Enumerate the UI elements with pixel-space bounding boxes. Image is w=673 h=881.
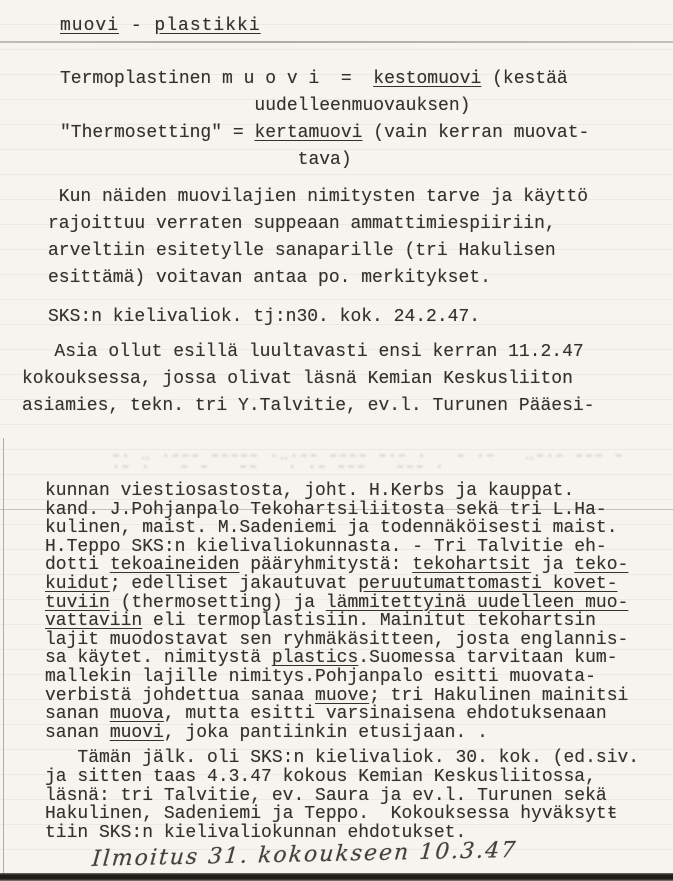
text-run: kokouksessa, jossa olivat läsnä Kemian K… xyxy=(22,369,573,389)
scanned-document-page: muovi - plastikki Termoplastinen m u o v… xyxy=(0,0,673,881)
paragraph: Kun näiden muovilajien nimitysten tarve … xyxy=(48,184,673,292)
typed-line: verbistä johdettua sanaa muove; tri Haku… xyxy=(45,687,673,706)
typed-line: uudelleenmuovauksen) xyxy=(60,93,673,120)
typed-line: kand. J.Pohjanpalo Tekohartsiliitosta se… xyxy=(45,501,673,520)
underlined-term: muove xyxy=(315,686,369,706)
typed-line: mallekin lajille nimitys.Pohjanpalo esit… xyxy=(45,668,673,687)
text-run: Kun näiden muovilajien nimitysten tarve … xyxy=(48,187,588,207)
typed-line: tuviin (thermosetting) ja lämmitettyinä … xyxy=(45,594,673,613)
typed-line: Asia ollut esillä luultavasti ensi kerra… xyxy=(22,339,673,366)
text-run: ja sitten taas 4.3.47 kokous Kemian Kesk… xyxy=(45,767,596,787)
typed-line: lajit muodostavat sen ryhmäkäsitteen, jo… xyxy=(45,631,673,650)
typed-line: arveltiin esitetylle sanaparille (tri Ha… xyxy=(48,238,673,265)
text-run: .Suomessa tarvitaan kum- xyxy=(358,648,617,668)
text-run: (kestää xyxy=(481,69,567,89)
typed-line: SKS:n kielivaliok. tj:n30. kok. 24.2.47. xyxy=(48,304,673,331)
text-run: , mutta esitti varsinaisena ehdotuksenaa… xyxy=(164,704,607,724)
text-run: verbistä johdettua sanaa xyxy=(45,686,315,706)
typed-line: "Thermosetting" = kertamuovi (vain kerra… xyxy=(60,120,673,147)
text-run: ; edelliset jakautuvat xyxy=(110,574,358,594)
text-run: kulinen, maist. M.Sadeniemi ja todennäkö… xyxy=(45,518,618,538)
text-run: pääryhmitystä: xyxy=(239,555,412,575)
text-run: dotti xyxy=(45,555,110,575)
text-run: SKS:n kielivaliok. tj:n30. kok. 24.2.47. xyxy=(48,307,480,327)
horizontal-rule-top xyxy=(0,41,673,43)
underlined-term: vattaviin xyxy=(45,611,142,631)
typed-line: kunnan viestiosastosta, joht. H.Kerbs ja… xyxy=(45,482,673,501)
typed-line: kulinen, maist. M.Sadeniemi ja todennäkö… xyxy=(45,519,673,538)
paragraph: Termoplastinen m u o v i = kestomuovi (k… xyxy=(60,66,673,174)
underlined-term: kestomuovi xyxy=(373,69,481,89)
typed-line: sa käytet. nimitystä plastics.Suomessa t… xyxy=(45,649,673,668)
text-run: Asia ollut esillä luultavasti ensi kerra… xyxy=(22,342,584,362)
text-run: asiamies, tekn. tri Y.Talvitie, ev.l. Tu… xyxy=(22,396,595,416)
typed-line: dotti tekoaineiden pääryhmitystä: tekoha… xyxy=(45,556,673,575)
underlined-term: teko- xyxy=(574,555,628,575)
text-run: sanan xyxy=(45,723,110,743)
typed-line: Kun näiden muovilajien nimitysten tarve … xyxy=(48,184,673,211)
text-run: uudelleenmuovauksen) xyxy=(60,96,470,116)
faded-scan-artifact: –· ‥ ·––– ––––– ·‥·–– –––– –·– · – ·– ‥–… xyxy=(112,450,627,472)
text-run: Tämän jälk. oli SKS:n kielivaliok. 30. k… xyxy=(45,748,639,768)
underlined-term: muovi xyxy=(110,723,164,743)
text-run: "Thermosetting" = xyxy=(60,123,254,143)
typed-line: asiamies, tekn. tri Y.Talvitie, ev.l. Tu… xyxy=(22,393,673,420)
text-run: (vain kerran muovat- xyxy=(362,123,589,143)
text-run: kunnan viestiosastosta, joht. H.Kerbs ja… xyxy=(45,481,574,501)
typed-line: Tämän jälk. oli SKS:n kielivaliok. 30. k… xyxy=(45,749,673,768)
text-run: mallekin lajille nimitys.Pohjanpalo esit… xyxy=(45,667,596,687)
underlined-term: tekohartsit xyxy=(412,555,531,575)
text-run: läsnä: tri Talvitie, ev. Saura ja ev.l. … xyxy=(45,786,607,806)
text-run: ; tri Hakulinen mainitsi xyxy=(369,686,628,706)
typed-line: Hakulinen, Sadeniemi ja Teppo. Kokoukses… xyxy=(45,805,673,824)
text-run: sanan xyxy=(45,704,110,724)
text-run: esittämä) voitavan antaa po. merkitykset… xyxy=(48,268,491,288)
text-run: arveltiin esitetylle sanaparille (tri Ha… xyxy=(48,241,556,261)
lower-typed-section: kunnan viestiosastosta, joht. H.Kerbs ja… xyxy=(0,482,673,842)
underlined-term: plastikki xyxy=(154,16,260,36)
text-run: - xyxy=(119,16,154,36)
text-run: rajoittuu verraten suppeaan ammattimiesp… xyxy=(48,214,556,234)
text-run: lajit muodostavat sen ryhmäkäsitteen, jo… xyxy=(45,630,628,650)
underlined-term: lämmitettyinä uudelleen muo- xyxy=(326,593,628,613)
paragraph: SKS:n kielivaliok. tj:n30. kok. 24.2.47. xyxy=(48,304,673,331)
paragraph: kunnan viestiosastosta, joht. H.Kerbs ja… xyxy=(45,482,673,742)
underlined-term: tekoaineiden xyxy=(110,555,240,575)
typed-line: rajoittuu verraten suppeaan ammattimiesp… xyxy=(48,211,673,238)
text-run: eli termoplastisiin. Mainitut tekohartsi… xyxy=(142,611,596,631)
typed-line: ja sitten taas 4.3.47 kokous Kemian Kesk… xyxy=(45,768,673,787)
typed-line: Termoplastinen m u o v i = kestomuovi (k… xyxy=(60,66,673,93)
typed-line: esittämä) voitavan antaa po. merkitykset… xyxy=(48,265,673,292)
typed-line: tiin SKS:n kielivaliokunnan ehdotukset. xyxy=(45,824,673,843)
underlined-term: muova xyxy=(110,704,164,724)
paragraph: Tämän jälk. oli SKS:n kielivaliok. 30. k… xyxy=(45,749,673,842)
typed-line: tava) xyxy=(60,147,673,174)
typed-line: kuidut; edelliset jakautuvat peruutumatt… xyxy=(45,575,673,594)
typed-line: H.Teppo SKS:n kielivaliokunnasta. - Tri … xyxy=(45,538,673,557)
text-run: tava) xyxy=(60,150,352,170)
paragraph: Asia ollut esillä luultavasti ensi kerra… xyxy=(22,339,673,420)
underlined-term: plastics xyxy=(272,648,358,668)
document-title: muovi - plastikki xyxy=(60,16,261,36)
text-run: H.Teppo SKS:n kielivaliokunnasta. - Tri … xyxy=(45,537,607,557)
text-run: sa käytet. nimitystä xyxy=(45,648,272,668)
typed-line: kokouksessa, jossa olivat läsnä Kemian K… xyxy=(22,366,673,393)
underlined-term: muovi xyxy=(60,16,119,36)
typed-line: läsnä: tri Talvitie, ev. Saura ja ev.l. … xyxy=(45,787,673,806)
text-run: , joka pantiinkin etusijaan. . xyxy=(164,723,488,743)
underlined-term: peruutumattomasti kovet- xyxy=(358,574,617,594)
typed-line: sanan muovi, joka pantiinkin etusijaan. … xyxy=(45,724,673,743)
underlined-term: kertamuovi xyxy=(254,123,362,143)
upper-typed-section: Termoplastinen m u o v i = kestomuovi (k… xyxy=(0,66,673,420)
underlined-term: kuidut xyxy=(45,574,110,594)
text-run: ja xyxy=(531,555,574,575)
typed-line: sanan muova, mutta esitti varsinaisena e… xyxy=(45,705,673,724)
typed-line: vattaviin eli termoplastisiin. Mainitut … xyxy=(45,612,673,631)
page-edge-bar-bottom xyxy=(0,873,673,881)
text-run: (thermosetting) ja xyxy=(110,593,326,613)
text-run: kand. J.Pohjanpalo Tekohartsiliitosta se… xyxy=(45,500,607,520)
underlined-term: tuviin xyxy=(45,593,110,613)
text-run: Hakulinen, Sadeniemi ja Teppo. Kokoukses… xyxy=(45,804,618,824)
text-run: Termoplastinen m u o v i = xyxy=(60,69,373,89)
